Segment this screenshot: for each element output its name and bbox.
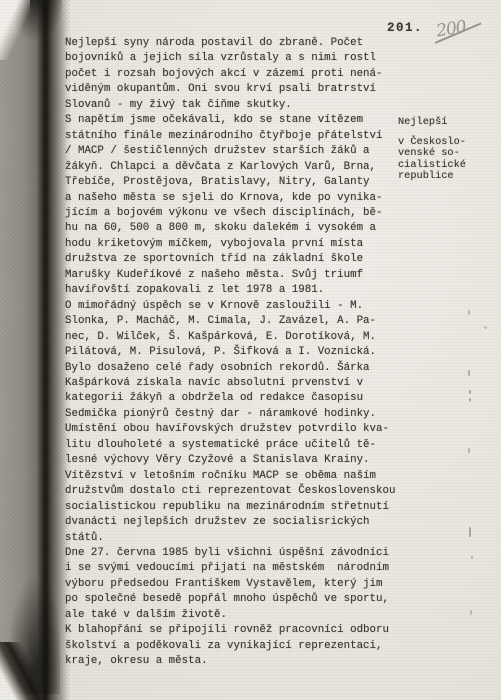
text-line: Nejlepší	[398, 117, 488, 129]
text-line: ale také v dalším životě.	[65, 608, 415, 623]
text-line: nec, D. Wilček, Š. Kašpárková, E. Dorotí…	[65, 330, 415, 345]
text-line: bojovníků a jejich síla vzrůstaly a s ni…	[65, 51, 415, 66]
text-line: družstva ze sportovních tříd na základní…	[65, 252, 415, 267]
scan-speck	[484, 326, 487, 329]
scanned-document-page: 201. 200 Nejlepší syny národa postavil d…	[0, 0, 501, 700]
text-line: Pilátová, M. Pisulová, P. Šifková a I. V…	[65, 345, 415, 360]
text-line: K blahopřání se připojili rovněž pracovn…	[65, 623, 415, 638]
text-line: kategorii žákyň a obdržela od redakce ča…	[65, 391, 415, 406]
text-line: a našeho města se sjeli do Krnova, kde p…	[65, 191, 415, 206]
text-line: republice	[398, 171, 488, 183]
scan-speck	[468, 310, 470, 315]
scan-speck	[468, 370, 470, 376]
text-line: Vítězství v letošním ročníku MACP se obě…	[65, 469, 415, 484]
text-line: / MACP / šestičlenných družstev starších…	[65, 144, 415, 159]
text-line: jícím a bojovém výkonu ve všech disciplí…	[65, 206, 415, 221]
handwritten-annotation: 200	[435, 15, 483, 52]
text-line: Slonka, P. Macháč, M. Cimala, J. Zavázel…	[65, 314, 415, 329]
text-line: Kašpárková získala navíc absolutní prven…	[65, 376, 415, 391]
text-line: dvanácti nejlepších družstev ze socialis…	[65, 515, 415, 530]
text-line: Sedmička pionýrů čestný dar - náramkové …	[65, 407, 415, 422]
text-line: státního finále mezinárodního čtyřboje p…	[65, 129, 415, 144]
text-line: socialistickou republiku na mezinárodním…	[65, 500, 415, 515]
text-line: družstvům dostalo cti reprezentovat Česk…	[65, 484, 415, 499]
text-line: školství a poděkovali za vynikající repr…	[65, 639, 415, 654]
text-line: hodu kriketovým míčkem, vybojovala první…	[65, 237, 415, 252]
page-corner-shadow-bottom-left	[0, 642, 46, 700]
scan-speck	[468, 448, 470, 453]
text-line: litu dlouholeté a systematické práce uči…	[65, 438, 415, 453]
text-line: Třebíče, Prostějova, Bratislavy, Nitry, …	[65, 175, 415, 190]
document-body: Nejlepší syny národa postavil do zbraně.…	[65, 36, 415, 670]
page-corner-highlight-top-left	[0, 0, 30, 60]
text-line: O mimořádný úspěch se v Krnově zasloužil…	[65, 299, 415, 314]
text-line: výboru předsedou Františkem Vystavělem, …	[65, 577, 415, 592]
text-line: států.	[65, 531, 415, 546]
text-line: kraje, okresu a města.	[65, 654, 415, 669]
text-line: po společné besedě popřál mnoho úspěchů …	[65, 592, 415, 607]
text-line: Dne 27. června 1985 byli všichni úspěšní…	[65, 546, 415, 561]
text-line: Umístění obou havířovských družstev potv…	[65, 422, 415, 437]
page-number: 201.	[387, 21, 423, 35]
margin-note: Nejlepšív Českoslo-venské so-cialistické…	[398, 117, 488, 183]
scan-speck	[469, 398, 471, 402]
text-line: Marušky Kudeříkové z našeho města. Svůj …	[65, 268, 415, 283]
text-line: Slovanů - my živý tak čiňme skutky.	[65, 98, 415, 113]
text-line: Bylo dosaženo celé řady osobních rekordů…	[65, 361, 415, 376]
text-line: havířovští zopakovali z let 1978 a 1981.	[65, 283, 415, 298]
scan-speck	[469, 390, 471, 394]
book-binding-shadow	[0, 0, 70, 700]
scan-speck	[471, 556, 473, 559]
text-line: i se svými vedoucími přijati na městském…	[65, 561, 415, 576]
text-line: viděným okupantům. Oni svou krví psali b…	[65, 82, 415, 97]
text-line: lesné výchovy Věry Czyžové a Stanislava …	[65, 453, 415, 468]
text-line: žákyň. Chlapci a děvčata z Karlových Var…	[65, 160, 415, 175]
text-line: hu na 60, 500 a 800 m, skoku dalekém i v…	[65, 221, 415, 236]
text-line: S napětím jsme očekávali, kdo se stane v…	[65, 113, 415, 128]
text-line: počet i rozsah bojových akcí v zázemí pr…	[65, 67, 415, 82]
scan-speck	[469, 527, 471, 537]
text-line: Nejlepší syny národa postavil do zbraně.…	[65, 36, 415, 51]
scan-speck	[470, 610, 472, 615]
